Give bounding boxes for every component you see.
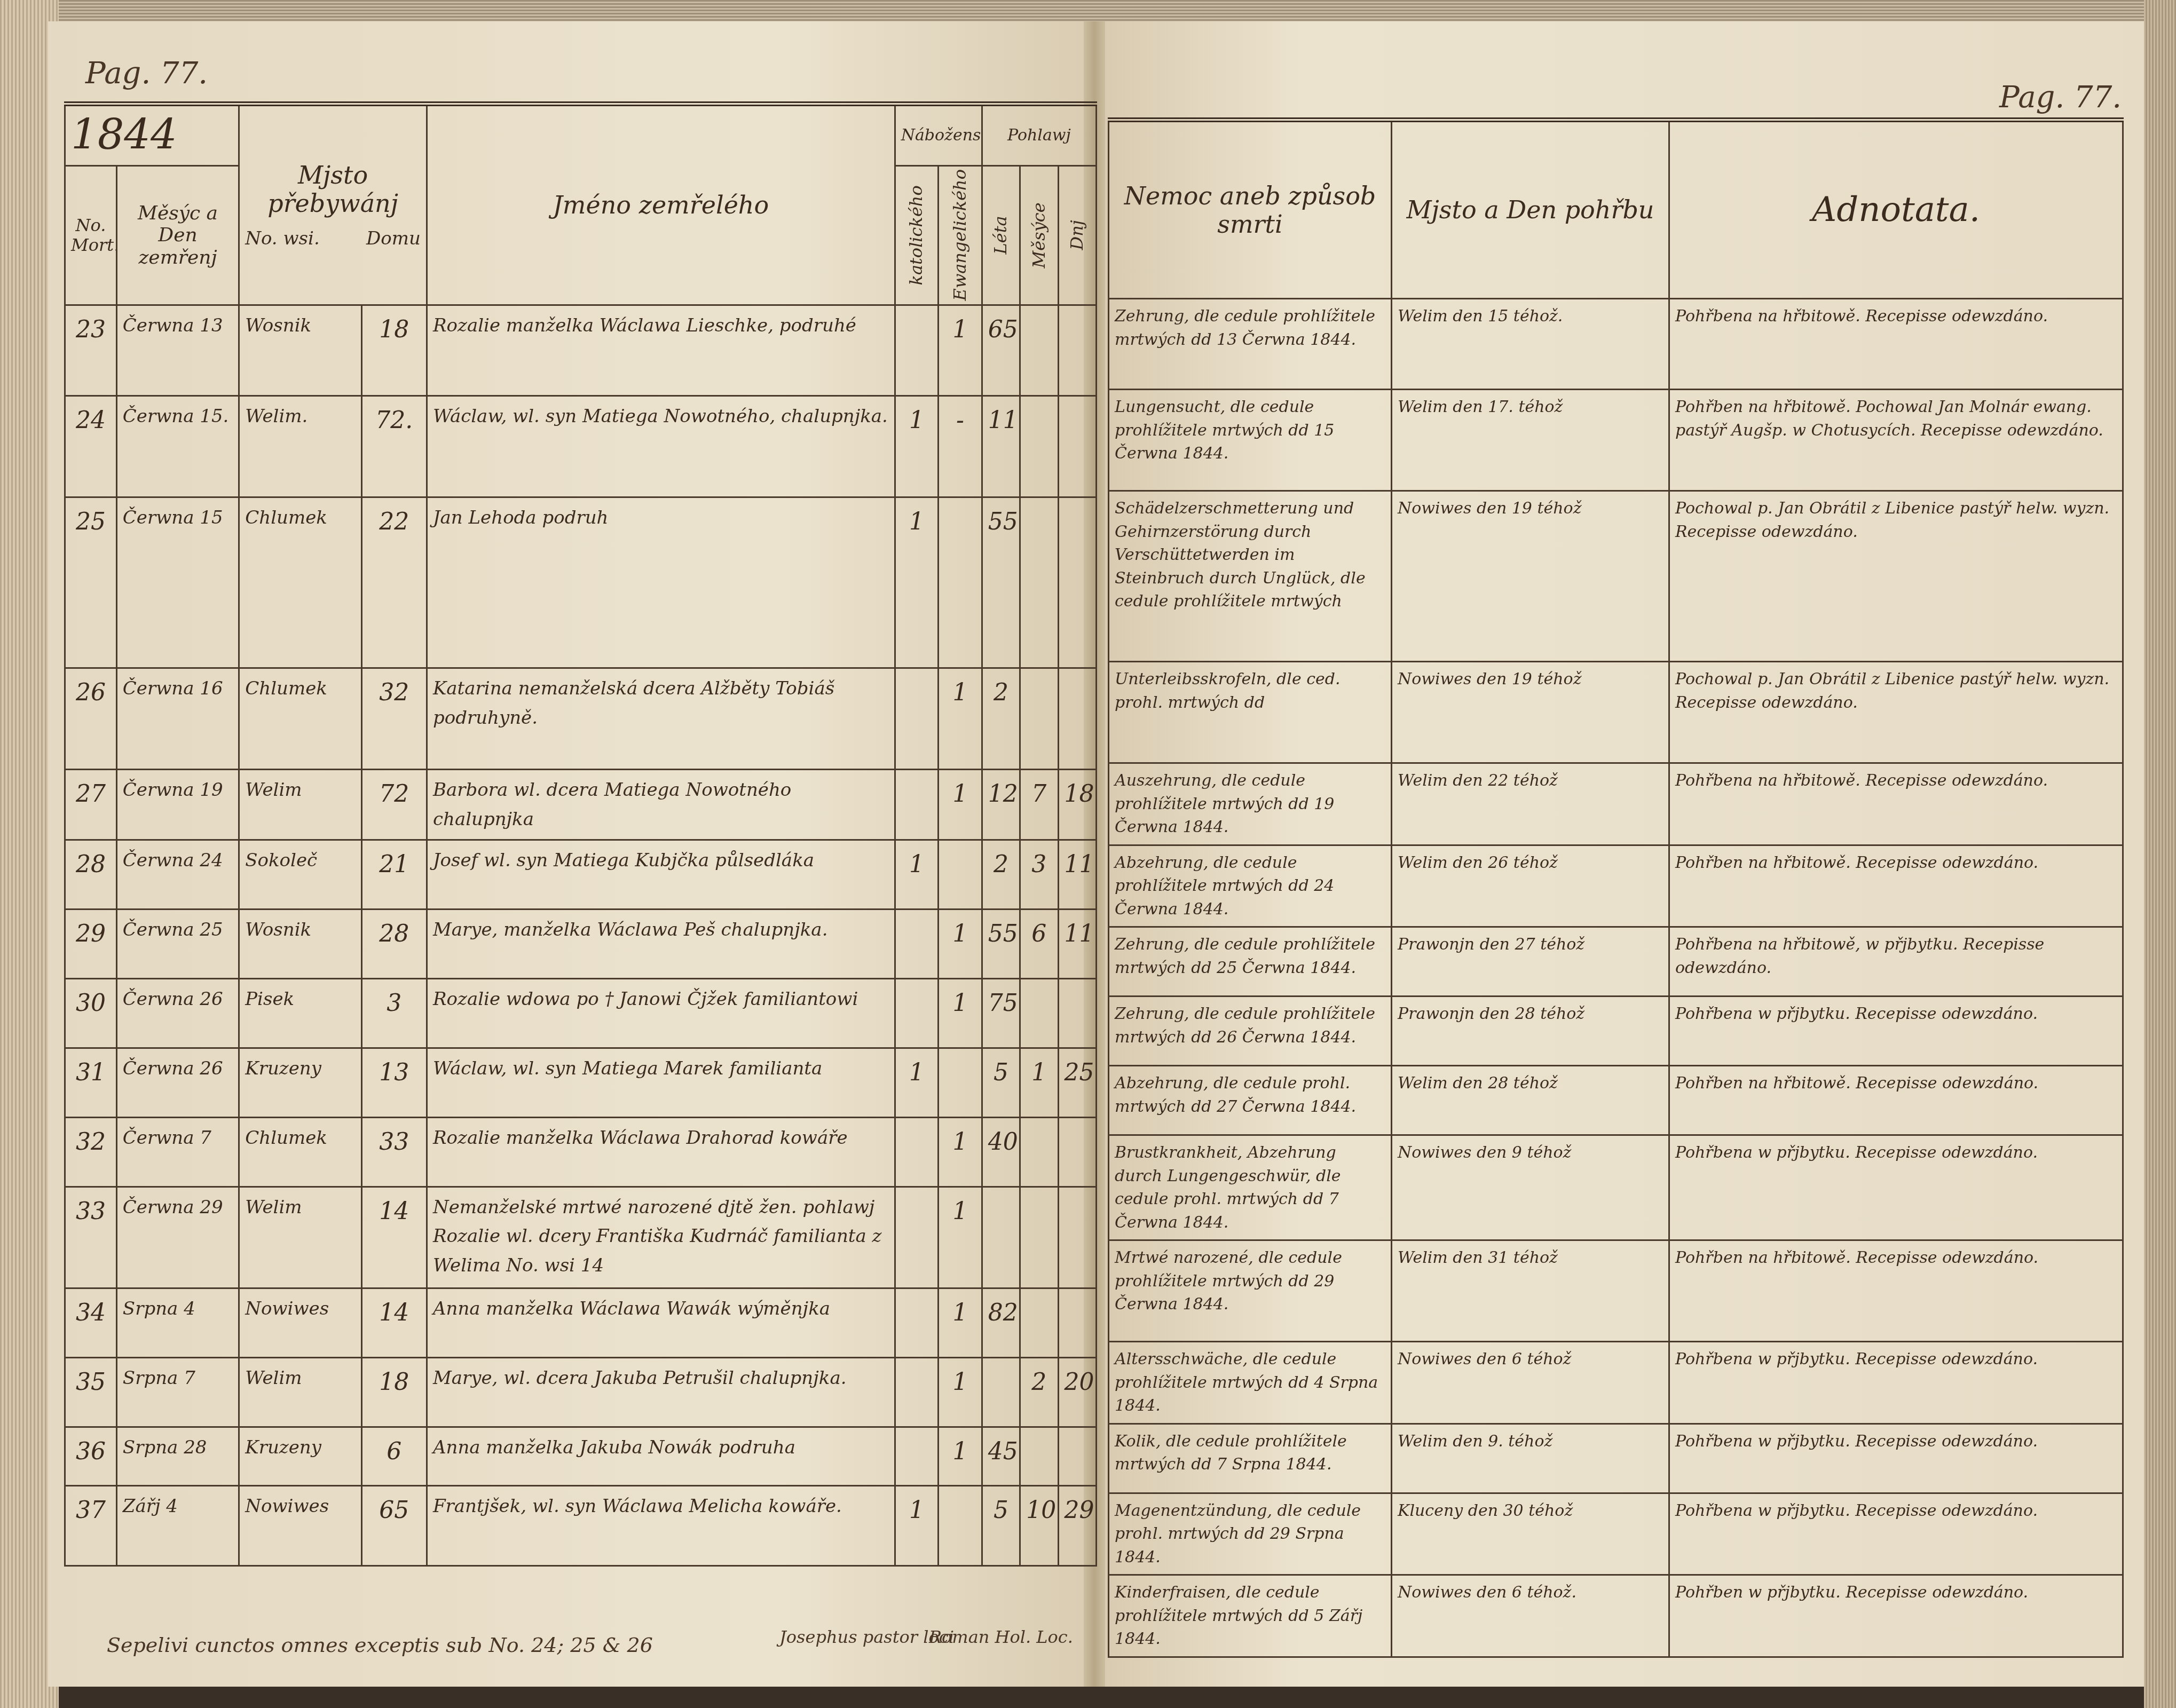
entry-number: 31	[65, 1048, 117, 1117]
house-number: 22	[361, 497, 427, 668]
age-days	[1058, 305, 1096, 396]
burial-place-date: Kluceny den 30 téhož	[1392, 1493, 1669, 1575]
age-years: 12	[982, 770, 1020, 840]
house-number: 14	[361, 1288, 427, 1357]
death-date: Srpna 7	[116, 1357, 239, 1427]
age-days: 25	[1058, 1048, 1096, 1117]
burial-place-date: Nowiwes den 19 téhož	[1392, 662, 1669, 763]
age-years: 55	[982, 909, 1020, 978]
cause-of-death: Magenentzündung, dle cedule prohl. mrtwý…	[1109, 1493, 1392, 1575]
table-row: 28Čerwna 24Sokoleč21Josef wl. syn Matieg…	[65, 840, 1097, 909]
house-number: 18	[361, 1357, 427, 1427]
religion-catholic: 1	[895, 840, 939, 909]
religion-evangelical: 1	[939, 1288, 982, 1357]
religion-catholic: 1	[895, 1485, 939, 1565]
entry-number: 34	[65, 1288, 117, 1357]
burial-header: Mjsto a Den pohřbu	[1392, 120, 1669, 299]
deceased-name: Jan Lehoda podruh	[427, 497, 895, 668]
death-date: Čerwna 7	[116, 1117, 239, 1187]
cause-of-death: Altersschwäche, dle cedule prohlížitele …	[1109, 1342, 1392, 1424]
age-days: 20	[1058, 1357, 1096, 1427]
age-months: 6	[1020, 909, 1058, 978]
annotation: Pohřben na hřbitowě. Recepisse odewzdáno…	[1669, 1066, 2123, 1135]
cause-of-death: Zehrung, dle cedule prohlížitele mrtwých…	[1109, 299, 1392, 390]
date-header: Měsýc a Den zemřenj	[116, 165, 239, 305]
place: Welim	[239, 1357, 361, 1427]
place-header-label: Mjsto přebywánj	[245, 161, 421, 218]
signature-second: Roman Hol. Loc.	[929, 1625, 1073, 1649]
death-date: Čerwna 26	[116, 978, 239, 1048]
religion-catholic: 1	[895, 396, 939, 497]
cause-of-death: Abzehrung, dle cedule prohlížitele mrtwý…	[1109, 845, 1392, 927]
religion-catholic	[895, 1187, 939, 1288]
table-row: Zehrung, dle cedule prohlížitele mrtwých…	[1109, 927, 2123, 997]
deceased-name: Josef wl. syn Matiega Kubjčka půlsedláka	[427, 840, 895, 909]
age-days	[1058, 668, 1096, 770]
annotation: Pohřbena w přjbytku. Recepisse odewzdáno…	[1669, 1135, 2123, 1240]
age-col-months: Měsýce	[1020, 165, 1058, 305]
death-date: Čerwna 25	[116, 909, 239, 978]
table-row: 27Čerwna 19Welim72Barbora wl. dcera Mati…	[65, 770, 1097, 840]
place: Chlumek	[239, 668, 361, 770]
house-number: 65	[361, 1485, 427, 1565]
burial-place-date: Welim den 26 téhož	[1392, 845, 1669, 927]
place: Pisek	[239, 978, 361, 1048]
footer-burial-note: Sepelivi cunctos omnes exceptis sub No. …	[107, 1633, 653, 1657]
age-months	[1020, 978, 1058, 1048]
age-years	[982, 1187, 1020, 1288]
burial-place-date: Nowiwes den 19 téhož	[1392, 491, 1669, 662]
place: Welim.	[239, 396, 361, 497]
religion-evangelical: 1	[939, 770, 982, 840]
death-date: Čerwna 24	[116, 840, 239, 909]
table-row: 25Čerwna 15Chlumek22Jan Lehoda podruh155	[65, 497, 1097, 668]
house-number: 13	[361, 1048, 427, 1117]
religion-evangelical: 1	[939, 978, 982, 1048]
religion-evangelical: 1	[939, 305, 982, 396]
house-number: 21	[361, 840, 427, 909]
cause-of-death: Unterleibsskrofeln, dle ced. prohl. mrtw…	[1109, 662, 1392, 763]
cause-of-death: Lungensucht, dle cedule prohlížitele mrt…	[1109, 390, 1392, 491]
age-col-days: Dnj	[1058, 165, 1096, 305]
entry-number: 32	[65, 1117, 117, 1187]
entry-number: 28	[65, 840, 117, 909]
death-date: Čerwna 15.	[116, 396, 239, 497]
register-table-left: 1844 Mjsto přebywánj No. wsi. Domu Jméno…	[64, 101, 1097, 1567]
age-days	[1058, 1427, 1096, 1485]
deceased-name: Barbora wl. dcera Matiega Nowotného chal…	[427, 770, 895, 840]
age-years: 2	[982, 840, 1020, 909]
place-header: Mjsto přebywánj No. wsi. Domu	[239, 104, 427, 305]
annotation: Pohřbena w přjbytku. Recepisse odewzdáno…	[1669, 1342, 2123, 1424]
deceased-name: Nemanželské mrtwé narozené djtě žen. poh…	[427, 1187, 895, 1288]
annotation: Pohřben na hřbitowě. Recepisse odewzdáno…	[1669, 845, 2123, 927]
register-rows-right: Zehrung, dle cedule prohlížitele mrtwých…	[1109, 299, 2123, 1657]
number-header: No. Mort.	[65, 165, 117, 305]
religion-evangelical	[939, 497, 982, 668]
religion-catholic	[895, 978, 939, 1048]
age-years: 5	[982, 1485, 1020, 1565]
death-date: Čerwna 15	[116, 497, 239, 668]
cause-of-death: Zehrung, dle cedule prohlížitele mrtwých…	[1109, 997, 1392, 1066]
religion-col-catholic: katolického	[895, 165, 939, 305]
age-months	[1020, 1288, 1058, 1357]
death-date: Čerwna 16	[116, 668, 239, 770]
religion-evangelical	[939, 1048, 982, 1117]
age-col-years: Léta	[982, 165, 1020, 305]
entry-number: 37	[65, 1485, 117, 1565]
age-years: 45	[982, 1427, 1020, 1485]
house-number: 14	[361, 1187, 427, 1288]
religion-evangelical: 1	[939, 1187, 982, 1288]
annotation: Pohřbena w přjbytku. Recepisse odewzdáno…	[1669, 1424, 2123, 1493]
house-header: Domu	[366, 228, 421, 249]
signature-pastor: Josephus pastor loci	[779, 1625, 954, 1649]
death-date: Srpna 4	[116, 1288, 239, 1357]
table-row: Altersschwäche, dle cedule prohlížitele …	[1109, 1342, 2123, 1424]
table-row: 23Čerwna 13Wosnik18Rozalie manželka Wácl…	[65, 305, 1097, 396]
religion-catholic: 1	[895, 1048, 939, 1117]
religion-evangelical: 1	[939, 909, 982, 978]
table-row: 30Čerwna 26Pisek3Rozalie wdowa po † Jano…	[65, 978, 1097, 1048]
burial-place-date: Welim den 31 téhož	[1392, 1240, 1669, 1342]
age-months: 1	[1020, 1048, 1058, 1117]
deceased-name: Anna manželka Wáclawa Wawák wýměnjka	[427, 1288, 895, 1357]
burial-place-date: Nowiwes den 6 téhož.	[1392, 1575, 1669, 1657]
table-row: Lungensucht, dle cedule prohlížitele mrt…	[1109, 390, 2123, 491]
cause-of-death: Mrtwé narozené, dle cedule prohlížitele …	[1109, 1240, 1392, 1342]
place: Kruzeny	[239, 1427, 361, 1485]
religion-evangelical: 1	[939, 1117, 982, 1187]
age-months	[1020, 1117, 1058, 1187]
religion-catholic	[895, 1288, 939, 1357]
age-years: 75	[982, 978, 1020, 1048]
cause-of-death: Abzehrung, dle cedule prohl. mrtwých dd …	[1109, 1066, 1392, 1135]
religion-evangelical: 1	[939, 668, 982, 770]
deceased-name: Rozalie manželka Wáclawa Lieschke, podru…	[427, 305, 895, 396]
burial-place-date: Nowiwes den 9 téhož	[1392, 1135, 1669, 1240]
death-date: Zářj 4	[116, 1485, 239, 1565]
annotation: Pohřbena na hřbitowě, w přjbytku. Recepi…	[1669, 927, 2123, 997]
entry-number: 25	[65, 497, 117, 668]
entry-number: 23	[65, 305, 117, 396]
table-row: 24Čerwna 15.Welim.72.Wáclaw, wl. syn Mat…	[65, 396, 1097, 497]
place: Nowiwes	[239, 1485, 361, 1565]
age-years: 82	[982, 1288, 1020, 1357]
table-row: Kinderfraisen, dle cedule prohlížitele m…	[1109, 1575, 2123, 1657]
religion-catholic	[895, 909, 939, 978]
cause-of-death: Kolik, dle cedule prohlížitele mrtwých d…	[1109, 1424, 1392, 1493]
age-days	[1058, 1288, 1096, 1357]
table-row: 26Čerwna 16Chlumek32Katarina nemanželská…	[65, 668, 1097, 770]
place: Welim	[239, 770, 361, 840]
religion-catholic	[895, 1357, 939, 1427]
house-number: 18	[361, 305, 427, 396]
annotation: Pohřbena w přjbytku. Recepisse odewzdáno…	[1669, 997, 2123, 1066]
table-row: Auszehrung, dle cedule prohlížitele mrtw…	[1109, 763, 2123, 845]
house-number: 28	[361, 909, 427, 978]
entry-number: 27	[65, 770, 117, 840]
religion-catholic	[895, 305, 939, 396]
age-years: 55	[982, 497, 1020, 668]
death-date: Čerwna 29	[116, 1187, 239, 1288]
religion-catholic: 1	[895, 497, 939, 668]
table-row: Magenentzündung, dle cedule prohl. mrtwý…	[1109, 1493, 2123, 1575]
age-years: 40	[982, 1117, 1020, 1187]
burial-place-date: Welim den 17. téhož	[1392, 390, 1669, 491]
religion-evangelical: 1	[939, 1357, 982, 1427]
place: Nowiwes	[239, 1288, 361, 1357]
religion-evangelical	[939, 840, 982, 909]
house-number: 72.	[361, 396, 427, 497]
burial-place-date: Nowiwes den 6 téhož	[1392, 1342, 1669, 1424]
cause-of-death: Auszehrung, dle cedule prohlížitele mrtw…	[1109, 763, 1392, 845]
deceased-name: Wáclaw, wl. syn Matiega Nowotného, chalu…	[427, 396, 895, 497]
age-months	[1020, 305, 1058, 396]
age-days	[1058, 1117, 1096, 1187]
table-row: 33Čerwna 29Welim14Nemanželské mrtwé naro…	[65, 1187, 1097, 1288]
place: Welim	[239, 1187, 361, 1288]
house-number: 72	[361, 770, 427, 840]
age-years: 2	[982, 668, 1020, 770]
religion-catholic	[895, 668, 939, 770]
entry-number: 29	[65, 909, 117, 978]
deceased-name: Anna manželka Jakuba Nowák podruha	[427, 1427, 895, 1485]
table-row: 36Srpna 28Kruzeny6Anna manželka Jakuba N…	[65, 1427, 1097, 1485]
annotation: Pohřbena na hřbitowě. Recepisse odewzdán…	[1669, 763, 2123, 845]
death-date: Čerwna 26	[116, 1048, 239, 1117]
table-row: Zehrung, dle cedule prohlížitele mrtwých…	[1109, 299, 2123, 390]
age-days: 18	[1058, 770, 1096, 840]
age-months: 7	[1020, 770, 1058, 840]
entry-number: 33	[65, 1187, 117, 1288]
deceased-name: Katarina nemanželská dcera Alžběty Tobiá…	[427, 668, 895, 770]
deceased-name: Frantjšek, wl. syn Wáclawa Melicha kowář…	[427, 1485, 895, 1565]
place: Chlumek	[239, 1117, 361, 1187]
age-days: 11	[1058, 840, 1096, 909]
table-row: 37Zářj 4Nowiwes65Frantjšek, wl. syn Wácl…	[65, 1485, 1097, 1565]
cause-of-death: Schädelzerschmetterung und Gehirnzerstör…	[1109, 491, 1392, 662]
age-years: 5	[982, 1048, 1020, 1117]
deceased-name: Marye, wl. dcera Jakuba Petrušil chalupn…	[427, 1357, 895, 1427]
entry-number: 35	[65, 1357, 117, 1427]
entry-number: 26	[65, 668, 117, 770]
table-row: Schädelzerschmetterung und Gehirnzerstör…	[1109, 491, 2123, 662]
table-row: Brustkrankheit, Abzehrung durch Lungenge…	[1109, 1135, 2123, 1240]
religion-catholic	[895, 1117, 939, 1187]
cause-of-death: Kinderfraisen, dle cedule prohlížitele m…	[1109, 1575, 1392, 1657]
table-row: Unterleibsskrofeln, dle ced. prohl. mrtw…	[1109, 662, 2123, 763]
house-number: 6	[361, 1427, 427, 1485]
age-months: 3	[1020, 840, 1058, 909]
table-row: 35Srpna 7Welim18Marye, wl. dcera Jakuba …	[65, 1357, 1097, 1427]
cause-header: Nemoc aneb způsob smrti	[1109, 120, 1392, 299]
house-number: 3	[361, 978, 427, 1048]
age-months: 2	[1020, 1357, 1058, 1427]
annotation: Pochowal p. Jan Obrátil z Libenice pastý…	[1669, 662, 2123, 763]
deceased-name: Marye, manželka Wáclawa Peš chalupnjka.	[427, 909, 895, 978]
table-row: Mrtwé narozené, dle cedule prohlížitele …	[1109, 1240, 2123, 1342]
annotation: Pohřbena na hřbitowě. Recepisse odewzdán…	[1669, 299, 2123, 390]
book-page-edges-right	[2144, 0, 2176, 1708]
religion-catholic	[895, 1427, 939, 1485]
deceased-name: Wáclaw, wl. syn Matiega Marek familianta	[427, 1048, 895, 1117]
age-months: 10	[1020, 1485, 1058, 1565]
notes-header: Adnotata.	[1669, 120, 2123, 299]
table-row: 34Srpna 4Nowiwes14Anna manželka Wáclawa …	[65, 1288, 1097, 1357]
entry-number: 30	[65, 978, 117, 1048]
table-row: 31Čerwna 26Kruzeny13Wáclaw, wl. syn Mati…	[65, 1048, 1097, 1117]
register-table-right: Nemoc aneb způsob smrti Mjsto a Den pohř…	[1108, 117, 2124, 1658]
age-years	[982, 1357, 1020, 1427]
cause-of-death: Brustkrankheit, Abzehrung durch Lungenge…	[1109, 1135, 1392, 1240]
deceased-name: Rozalie manželka Wáclawa Drahorad kowáře	[427, 1117, 895, 1187]
religion-evangelical: 1	[939, 1427, 982, 1485]
cause-of-death: Zehrung, dle cedule prohlížitele mrtwých…	[1109, 927, 1392, 997]
religion-evangelical	[939, 1485, 982, 1565]
place: Wosnik	[239, 909, 361, 978]
page-label-right: Pag. 77.	[1999, 80, 2122, 115]
annotation: Pochowal p. Jan Obrátil z Libenice pastý…	[1669, 491, 2123, 662]
age-months	[1020, 1427, 1058, 1485]
annotation: Pohřben na hřbitowě. Pochowal Jan Molnár…	[1669, 390, 2123, 491]
house-no-header: No. wsi.	[245, 228, 319, 249]
entry-number: 24	[65, 396, 117, 497]
age-months	[1020, 668, 1058, 770]
place: Kruzeny	[239, 1048, 361, 1117]
religion-header: Náboženstwj	[895, 104, 982, 166]
age-days	[1058, 497, 1096, 668]
place: Wosnik	[239, 305, 361, 396]
burial-place-date: Prawonjn den 28 téhož	[1392, 997, 1669, 1066]
burial-place-date: Welim den 9. téhož	[1392, 1424, 1669, 1493]
annotation: Pohřben na hřbitowě. Recepisse odewzdáno…	[1669, 1240, 2123, 1342]
table-row: Kolik, dle cedule prohlížitele mrtwých d…	[1109, 1424, 2123, 1493]
annotation: Pohřbena w přjbytku. Recepisse odewzdáno…	[1669, 1493, 2123, 1575]
table-row: 32Čerwna 7Chlumek33Rozalie manželka Wácl…	[65, 1117, 1097, 1187]
deceased-name: Rozalie wdowa po † Janowi Čjžek familian…	[427, 978, 895, 1048]
house-number: 32	[361, 668, 427, 770]
house-number: 33	[361, 1117, 427, 1187]
age-years: 65	[982, 305, 1020, 396]
religion-catholic	[895, 770, 939, 840]
sex-age-header: Pohlawj	[982, 104, 1096, 166]
age-months	[1020, 1187, 1058, 1288]
table-row: Abzehrung, dle cedule prohlížitele mrtwý…	[1109, 845, 2123, 927]
age-months	[1020, 497, 1058, 668]
age-months	[1020, 396, 1058, 497]
table-row: Abzehrung, dle cedule prohl. mrtwých dd …	[1109, 1066, 2123, 1135]
burial-place-date: Welim den 22 téhož	[1392, 763, 1669, 845]
place: Chlumek	[239, 497, 361, 668]
year-header: 1844	[65, 104, 239, 166]
death-date: Čerwna 13	[116, 305, 239, 396]
name-header: Jméno zemřelého	[427, 104, 895, 305]
table-row: Zehrung, dle cedule prohlížitele mrtwých…	[1109, 997, 2123, 1066]
death-date: Čerwna 19	[116, 770, 239, 840]
page-label-left: Pag. 77.	[85, 56, 208, 91]
age-years: 11	[982, 396, 1020, 497]
age-days	[1058, 1187, 1096, 1288]
burial-place-date: Welim den 15 téhož.	[1392, 299, 1669, 390]
age-days	[1058, 978, 1096, 1048]
register-rows-left: 23Čerwna 13Wosnik18Rozalie manželka Wácl…	[65, 305, 1097, 1566]
death-date: Srpna 28	[116, 1427, 239, 1485]
place: Sokoleč	[239, 840, 361, 909]
burial-place-date: Prawonjn den 27 téhož	[1392, 927, 1669, 997]
age-days: 11	[1058, 909, 1096, 978]
burial-place-date: Welim den 28 téhož	[1392, 1066, 1669, 1135]
age-days: 29	[1058, 1485, 1096, 1565]
age-days	[1058, 396, 1096, 497]
table-row: 29Čerwna 25Wosnik28Marye, manželka Wácla…	[65, 909, 1097, 978]
religion-evangelical: -	[939, 396, 982, 497]
entry-number: 36	[65, 1427, 117, 1485]
religion-col-evangelical: Ewangelického	[939, 165, 982, 305]
annotation: Pohřben w přjbytku. Recepisse odewzdáno.	[1669, 1575, 2123, 1657]
